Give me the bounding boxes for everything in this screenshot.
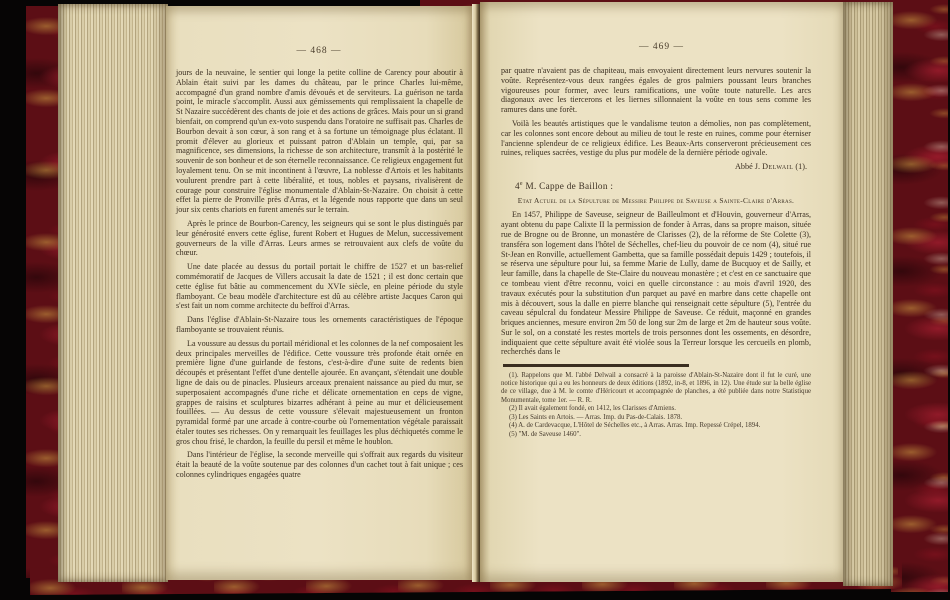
footnote-separator-rule <box>503 364 689 366</box>
footnote: (5) "M. de Saveuse 1460". <box>501 431 811 439</box>
footnote: (2) Il avait également fondé, en 1412, l… <box>501 405 811 413</box>
signature-footnote-ref: (1). <box>793 162 807 171</box>
book-cover-left-board <box>26 6 60 578</box>
paragraph: Dans l'intérieur de l'église, la seconde… <box>176 450 463 479</box>
footnotes: (1). Rappelons que M. l'abbé Delwail a c… <box>501 372 811 439</box>
page-number-right: — 469 — <box>480 42 843 52</box>
right-page: — 469 — par quatre n'avaient pas de chap… <box>480 2 843 582</box>
right-page-text: par quatre n'avaient pas de chapiteau, m… <box>480 66 843 439</box>
paragraph: La voussure au dessus du portail méridio… <box>176 339 463 447</box>
paragraph: par quatre n'avaient pas de chapiteau, m… <box>501 66 811 115</box>
footnote: (4) A. de Cardevacque, L'Hôtel de Séchel… <box>501 422 811 430</box>
page-stack-left-edge <box>58 4 168 582</box>
signature-name: Delwail <box>762 162 793 171</box>
footnote: (3) Les Saints en Artois. — Arras. Imp. … <box>501 414 811 422</box>
paragraph: En 1457, Philippe de Saveuse, seigneur d… <box>501 210 811 357</box>
section-subheading: Etat Actuel de la Sépulture de Messire P… <box>507 196 805 206</box>
paragraph: Dans l'église d'Ablain-St-Nazaire tous l… <box>176 315 463 335</box>
left-page: — 468 — jours de la neuvaine, le sentier… <box>166 6 472 580</box>
book-gutter <box>472 4 480 582</box>
page-stack-right-edge <box>843 2 893 586</box>
signature-prefix: Abbé J. <box>735 162 762 171</box>
section-author: M. Cappe de Baillon : <box>523 181 613 191</box>
paragraph: Voilà les beautés artistiques que le van… <box>501 119 811 158</box>
section-heading: 4e M. Cappe de Baillon : <box>515 180 811 192</box>
paragraph: Une date placée au dessus du portail por… <box>176 262 463 311</box>
paragraph: Après le prince de Bourbon-Carency, les … <box>176 219 463 258</box>
open-book-photo: — 468 — jours de la neuvaine, le sentier… <box>0 0 950 600</box>
page-number-left: — 468 — <box>166 46 472 56</box>
left-page-text: jours de la neuvaine, le sentier qui lon… <box>166 68 472 480</box>
paragraph: jours de la neuvaine, le sentier qui lon… <box>176 68 463 215</box>
author-signature: Abbé J. Delwail (1). <box>501 162 807 172</box>
footnote: (1). Rappelons que M. l'abbé Delwail a c… <box>501 372 811 406</box>
book-cover-right-board <box>891 0 948 592</box>
